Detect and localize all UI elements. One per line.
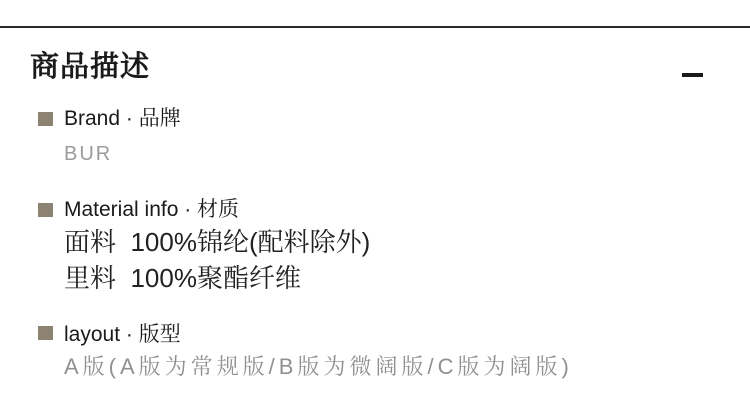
brand-section-bullet-icon xyxy=(38,112,53,126)
material-row-lining: 里料 100%聚酯纤维 xyxy=(64,262,301,295)
material-row-fabric: 面料 100%锦纶(配料除外) xyxy=(64,226,370,259)
page-title: 商品描述 xyxy=(30,49,150,85)
material-section-bullet-icon xyxy=(38,203,53,217)
layout-section-bullet-icon xyxy=(38,326,53,340)
material-section-label: Material info · 材质 xyxy=(64,196,239,223)
minus-icon xyxy=(682,73,703,77)
layout-section-label: layout · 版型 xyxy=(64,321,181,348)
brand-section-label: Brand · 品牌 xyxy=(64,105,181,132)
brand-value: BUR xyxy=(64,141,112,167)
product-description-panel: 商品描述 Brand · 品牌 BUR Material info · 材质 面… xyxy=(0,0,750,401)
layout-value: A版(A版为常规版/B版为微阔版/C版为阔版) xyxy=(64,351,573,382)
top-divider-line xyxy=(0,26,750,28)
